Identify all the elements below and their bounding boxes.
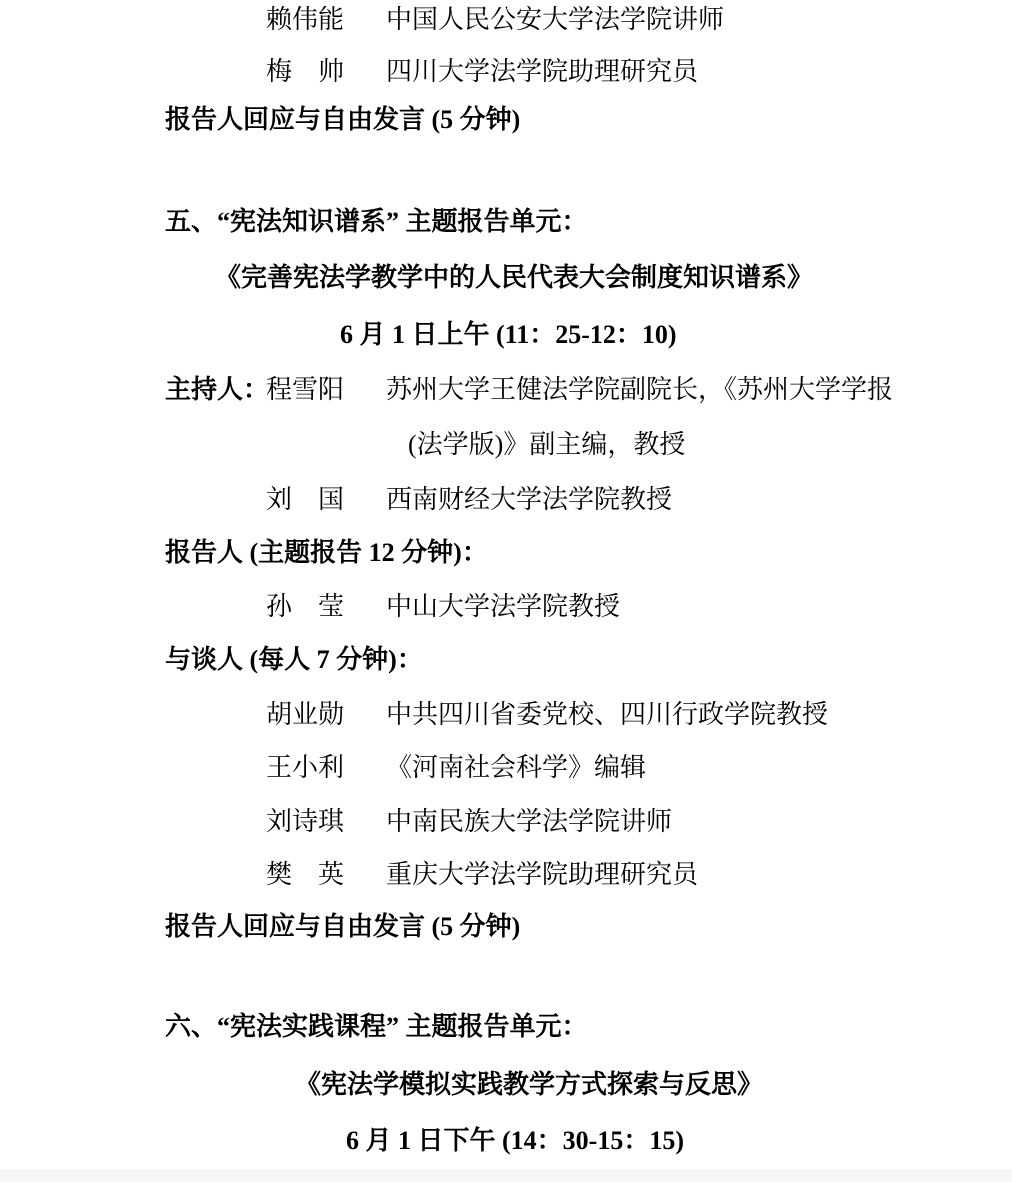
participant-row: 赖伟能 中国人民公安大学法学院讲师 [0, 5, 1012, 35]
heading-text: 报告人 (主题报告 12 分钟)： [165, 538, 488, 568]
participant-name: 王小利 [266, 753, 344, 783]
participant-name: 赖伟能 [266, 5, 344, 35]
participant-row: 胡业勋 中共四川省委党校、四川行政学院教授 [0, 700, 1012, 730]
conference-program-page: 赖伟能 中国人民公安大学法学院讲师 梅 帅 四川大学法学院助理研究员 报告人回应… [0, 0, 1012, 1182]
response-heading: 报告人回应与自由发言 (5 分钟) [0, 105, 1012, 135]
section-heading: 五、“宪法知识谱系” 主题报告单元： [0, 207, 1012, 237]
session-time-text: 6 月 1 日上午 (11：25-12：10) [340, 320, 677, 350]
session-time: 6 月 1 日上午 (11：25-12：10) [0, 320, 1012, 350]
response-heading: 报告人回应与自由发言 (5 分钟) [0, 912, 1012, 942]
participant-row: 刘 国 西南财经大学法学院教授 [0, 485, 1012, 515]
participant-name: 刘 国 [266, 485, 344, 515]
participant-name: 胡业勋 [266, 700, 344, 730]
participant-affiliation: 西南财经大学法学院教授 [386, 485, 672, 515]
participant-name: 程雪阳 [266, 375, 344, 405]
participant-name: 樊 英 [266, 860, 344, 890]
section-heading-text: 六、“宪法实践课程” 主题报告单元： [165, 1012, 588, 1042]
presenter-heading: 报告人 (主题报告 12 分钟)： [0, 538, 1012, 568]
section-heading-text: 五、“宪法知识谱系” 主题报告单元： [165, 207, 588, 237]
participant-affiliation: 中山大学法学院教授 [386, 592, 620, 622]
moderator-row: 主持人： 程雪阳 苏州大学王健法学院副院长，《苏州大学学报 [0, 375, 1012, 405]
moderator-label: 主持人： [165, 375, 269, 405]
participant-row: 孙 莹 中山大学法学院教授 [0, 592, 1012, 622]
session-title-text: 《完善宪法学教学中的人民代表大会制度知识谱系》 [215, 263, 813, 293]
heading-text: 报告人回应与自由发言 (5 分钟) [165, 912, 520, 942]
participant-name: 刘诗琪 [266, 807, 344, 837]
participant-name: 孙 莹 [266, 592, 344, 622]
participant-row: 王小利 《河南社会科学》编辑 [0, 753, 1012, 783]
session-title: 《宪法学模拟实践教学方式探索与反思》 [0, 1070, 1012, 1100]
heading-text: 与谈人 (每人 7 分钟)： [165, 645, 423, 675]
affiliation-continuation: (法学版)》副主编，教授 [408, 430, 685, 460]
participant-affiliation: 重庆大学法学院助理研究员 [386, 860, 698, 890]
participant-name: 梅 帅 [266, 57, 344, 87]
participant-affiliation: 中国人民公安大学法学院讲师 [386, 5, 724, 35]
participant-row: 梅 帅 四川大学法学院助理研究员 [0, 57, 1012, 87]
heading-text: 报告人回应与自由发言 (5 分钟) [165, 105, 520, 135]
session-title-text: 《宪法学模拟实践教学方式探索与反思》 [295, 1070, 763, 1100]
discussant-heading: 与谈人 (每人 7 分钟)： [0, 645, 1012, 675]
page-bottom-edge [0, 1169, 1012, 1182]
participant-affiliation: 苏州大学王健法学院副院长，《苏州大学学报 [386, 375, 893, 405]
affiliation-continuation-row: (法学版)》副主编，教授 [0, 430, 1012, 460]
participant-affiliation: 中南民族大学法学院讲师 [386, 807, 672, 837]
session-title: 《完善宪法学教学中的人民代表大会制度知识谱系》 [0, 263, 1012, 293]
participant-affiliation: 《河南社会科学》编辑 [386, 753, 646, 783]
section-heading: 六、“宪法实践课程” 主题报告单元： [0, 1012, 1012, 1042]
participant-row: 樊 英 重庆大学法学院助理研究员 [0, 860, 1012, 890]
session-time-text: 6 月 1 日下午 (14：30-15：15) [346, 1126, 684, 1156]
participant-affiliation: 中共四川省委党校、四川行政学院教授 [386, 700, 828, 730]
participant-row: 刘诗琪 中南民族大学法学院讲师 [0, 807, 1012, 837]
participant-affiliation: 四川大学法学院助理研究员 [386, 57, 698, 87]
session-time: 6 月 1 日下午 (14：30-15：15) [0, 1126, 1012, 1156]
